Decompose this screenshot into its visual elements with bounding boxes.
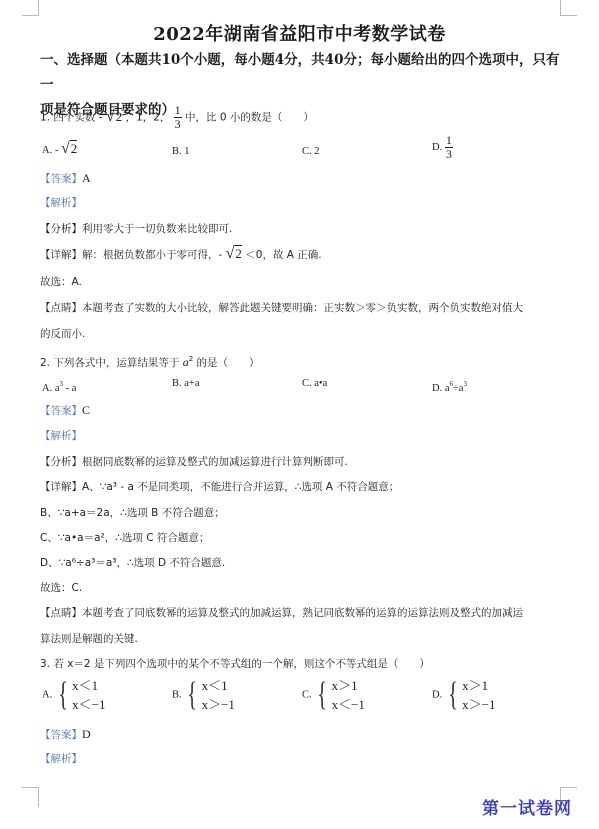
- answer-tag: 【答案】: [40, 729, 82, 741]
- sqrt-value: 2: [234, 245, 242, 261]
- q2-dianjing-cont: 算法则是解题的关键.: [40, 632, 138, 646]
- xiangjie-suffix: ＜0，故 A 正确.: [245, 249, 321, 261]
- option-label: D.: [432, 689, 442, 700]
- q3-option-b: B. {x＜1x＞−1: [172, 676, 235, 714]
- q2-stem-prefix: 2. 下列各式中，运算结果等于: [40, 357, 179, 369]
- q3-option-a: A. {x＜1x＜−1: [42, 676, 106, 714]
- inequality-row-2: x＜−1: [332, 695, 365, 714]
- q1-option-d: D. 13: [432, 134, 453, 161]
- q3-analysis-tag: 【解析】: [40, 752, 82, 766]
- document-title: 2022年湖南省益阳市中考数学试卷: [0, 20, 599, 46]
- inequality-row-1: x＞1: [332, 676, 365, 695]
- inequality-row-2: x＞−1: [462, 695, 495, 714]
- option-label: A.: [42, 383, 52, 394]
- q3-option-c: C. {x＞1x＜−1: [302, 676, 365, 714]
- option-label: D.: [432, 142, 442, 153]
- inequality-system: {x＜1x＞−1: [184, 676, 235, 714]
- site-watermark: 第一试卷网: [482, 794, 572, 819]
- q2-stem: 2. 下列各式中，运算结果等于 a2 的是（ ）: [40, 352, 260, 370]
- fenxi-text: 利用零大于一切负数来比较即可.: [82, 223, 232, 235]
- q2-xiangjie-b: B、∵a+a＝2a，∴选项 B 不符合题意；: [40, 506, 225, 520]
- fenxi-tag: 【分析】: [40, 456, 82, 468]
- q2-option-d: D. a6÷a3: [432, 377, 467, 396]
- expression: a•a: [314, 378, 327, 389]
- fraction-numerator: 1: [445, 134, 453, 148]
- q2-dianjing: 【点睛】本题考查了同底数幂的运算及整式的加减运算，熟记同底数幂的运算的运算法则及…: [40, 606, 523, 620]
- answer-value: A: [82, 171, 91, 185]
- q2-xiangjie-d: D、∵a⁶÷a³＝a³，∴选项 D 不符合题意.: [40, 556, 225, 570]
- q2-guxuan: 故选：C.: [40, 581, 82, 595]
- dianjing-tag: 【点睛】: [40, 607, 82, 619]
- q1-fenxi: 【分析】利用零大于一切负数来比较即可.: [40, 222, 232, 236]
- page-corner-mark-top-right: [560, 0, 577, 16]
- sqrt-symbol: √2: [226, 247, 242, 261]
- xiangjie-tag: 【详解】: [40, 481, 82, 493]
- brace-icon: {: [318, 678, 328, 712]
- sqrt-value: 2: [70, 140, 78, 156]
- xiangjie-text: A、∵a³ - a 不是同类项，不能进行合并运算，∴选项 A 不符合题意；: [82, 481, 399, 493]
- q2-fenxi: 【分析】根据同底数幂的运算及整式的加减运算进行计算判断即可.: [40, 455, 348, 469]
- q1-stem-prefix: 1. 四个实数 -: [40, 112, 102, 124]
- q1-stem-sqrt-value: 2: [115, 108, 123, 124]
- q2-answer: 【答案】C: [40, 403, 90, 418]
- q1-answer: 【答案】A: [40, 171, 91, 186]
- q1-stem-suffix: 中，比 0 小的数是（ ）: [185, 112, 314, 124]
- fraction-denominator: 3: [175, 118, 181, 131]
- sqrt-symbol: √2: [61, 142, 77, 156]
- exponent: 3: [463, 380, 467, 388]
- q2-xiangjie-a: 【详解】A、∵a³ - a 不是同类项，不能进行合并运算，∴选项 A 不符合题意…: [40, 480, 399, 494]
- q3-stem: 3. 若 x＝2 是下列四个选项中的某个不等式组的一个解，则这个不等式组是（ ）: [40, 657, 430, 671]
- option-label: B.: [172, 689, 182, 700]
- q2-analysis-tag: 【解析】: [40, 429, 82, 443]
- q1-stem-mid: ，1，2，: [125, 112, 170, 124]
- q3-answer: 【答案】D: [40, 727, 91, 742]
- q1-guxuan: 故选：A.: [40, 275, 82, 289]
- sqrt-symbol: √2: [106, 110, 122, 124]
- q1-dianjing-cont: 的反而小.: [40, 327, 85, 341]
- q2-option-a: A. a3 - a: [42, 377, 76, 396]
- option-label: B.: [172, 378, 182, 389]
- inequality-row-1: x＜1: [202, 676, 235, 695]
- q1-option-b: B. 1: [172, 145, 190, 159]
- expr-rest: - a: [63, 383, 76, 394]
- fenxi-text: 根据同底数幂的运算及整式的加减运算进行计算判断即可.: [82, 456, 348, 468]
- inequality-system: {x＜1x＜−1: [55, 676, 106, 714]
- fraction: 13: [174, 104, 182, 131]
- inequality-system: {x＞1x＞−1: [445, 676, 496, 714]
- page-corner-mark-top-left: [22, 0, 39, 16]
- answer-tag: 【答案】: [40, 173, 82, 185]
- option-label: C.: [302, 378, 312, 389]
- fenxi-tag: 【分析】: [40, 223, 82, 235]
- dianjing-text: 本题考查了实数的大小比较，解答此题关键要明确：正实数＞零＞负实数，两个负实数绝对…: [82, 302, 523, 314]
- q2-stem-suffix: 的是（ ）: [197, 357, 260, 369]
- answer-value: D: [82, 727, 91, 741]
- answer-value: C: [82, 403, 90, 417]
- q1-analysis-tag: 【解析】: [40, 196, 82, 210]
- q1-stem: 1. 四个实数 - √2 ，1，2， 13 中，比 0 小的数是（ ）: [40, 104, 314, 131]
- section-heading-line1: 一、选择题（本题共10个小题，每小题4分，共40分；每小题给出的四个选项中，只有…: [40, 48, 565, 98]
- q1-option-c: C. 2: [302, 145, 320, 159]
- option-label: D.: [432, 383, 442, 394]
- inequality-row-1: x＜1: [72, 676, 105, 695]
- q3-option-d: D. {x＞1x＞−1: [432, 676, 496, 714]
- option-label: A. -: [42, 145, 58, 156]
- brace-icon: {: [188, 678, 198, 712]
- inequality-row-2: x＜−1: [72, 695, 105, 714]
- fraction: 13: [445, 134, 453, 161]
- q1-xiangjie: 【详解】解：根据负数都小于零可得，- √2 ＜0，故 A 正确.: [40, 247, 322, 262]
- q2-option-b: B. a+a: [172, 377, 200, 391]
- fraction-numerator: 1: [174, 104, 182, 118]
- xiangjie-tag: 【详解】: [40, 249, 82, 261]
- fraction-denominator: 3: [446, 148, 452, 161]
- answer-tag: 【答案】: [40, 405, 82, 417]
- inequality-system: {x＞1x＜−1: [314, 676, 365, 714]
- q1-dianjing: 【点睛】本题考查了实数的大小比较，解答此题关键要明确：正实数＞零＞负实数，两个负…: [40, 301, 523, 315]
- brace-icon: {: [58, 678, 68, 712]
- brace-icon: {: [448, 678, 458, 712]
- inequality-row-1: x＞1: [462, 676, 495, 695]
- expression: a+a: [184, 378, 199, 389]
- option-label: A.: [42, 689, 52, 700]
- q2-xiangjie-c: C、∵a•a＝a²，∴选项 C 符合题意；: [40, 531, 209, 545]
- option-label: C.: [302, 689, 312, 700]
- xiangjie-text: 解：根据负数都小于零可得，-: [82, 249, 222, 261]
- page-corner-mark-bottom-left: [22, 787, 39, 807]
- inequality-row-2: x＞−1: [202, 695, 235, 714]
- q2-option-c: C. a•a: [302, 377, 327, 391]
- q1-option-a: A. - √2: [42, 142, 77, 158]
- exponent: 2: [189, 355, 193, 363]
- dianjing-tag: 【点睛】: [40, 302, 82, 314]
- dianjing-text: 本题考查了同底数幂的运算及整式的加减运算，熟记同底数幂的运算的运算法则及整式的加…: [82, 607, 523, 619]
